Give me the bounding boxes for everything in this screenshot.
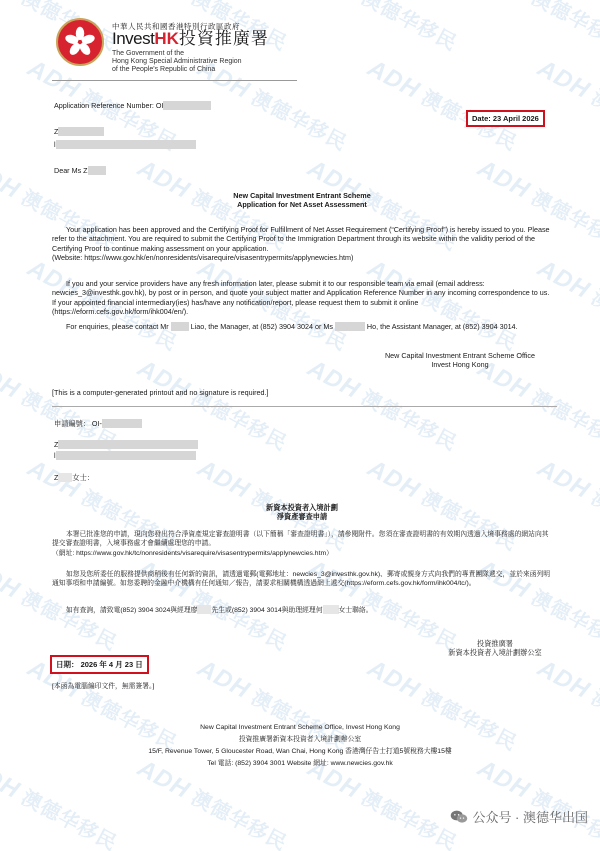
letter-title-english: New Capital Investment Entrant Scheme Ap… (52, 191, 552, 210)
signature-block-chinese: 投資推廣署 新資本投資者入境計劃辦公室 (420, 639, 570, 658)
redacted-block (56, 451, 196, 460)
addressee-address: l (54, 140, 196, 149)
addressee-name-chinese: Z (54, 440, 198, 449)
addressee-name: Z (54, 127, 104, 136)
enquiries-paragraph-chinese: 如有查詢，請致電(852) 3904 3024與經理廖先生或(852) 3904… (52, 605, 552, 615)
redacted-block (335, 322, 365, 331)
disclaimer-english: [This is a computer-generated printout a… (52, 388, 269, 397)
section-divider (52, 406, 557, 407)
signature-block-english: New Capital Investment Entrant Scheme Of… (350, 351, 570, 370)
redacted-block (102, 419, 142, 428)
english-date-highlight: Date: 23 April 2026 (466, 110, 545, 127)
disclaimer-chinese: [本函為電腦編印文件，無需簽署。] (52, 682, 154, 691)
redacted-block (323, 605, 339, 614)
investhk-logo: InvestHK投資推廣署 (112, 30, 269, 48)
redacted-block (88, 166, 106, 175)
wechat-account-label: 公众号 · 澳德华出国 (472, 807, 588, 826)
government-name-english: The Government of the Hong Kong Special … (112, 50, 242, 74)
hk-emblem-icon (56, 18, 104, 66)
salutation-chinese: Z女士： (54, 473, 94, 482)
letter-page: ADH澳德华移民ADH澳德华移民ADH澳德华移民ADH澳德华移民ADH澳德华移民… (0, 0, 600, 851)
wechat-icon (450, 809, 468, 825)
redacted-block (58, 127, 104, 136)
office-footer: New Capital Investment Entrant Scheme Of… (50, 722, 550, 770)
redacted-block (171, 322, 189, 331)
reference-number-chinese: 申請編號： OI- (54, 419, 142, 428)
addressee-address-chinese: l (54, 451, 196, 460)
approval-paragraph-chinese: 本署已批准您的申請，現向您發出符合淨資產規定審查證明書（以下簡稱「審查證明書」）… (52, 530, 552, 558)
redacted-block (197, 605, 211, 614)
enquiries-paragraph: For enquiries, please contact Mr Liao, t… (52, 322, 552, 331)
redacted-block (56, 140, 196, 149)
chinese-date-highlight: 日期： 2026 年 4 月 23 日 (50, 655, 149, 674)
approval-paragraph: Your application has been approved and t… (52, 225, 552, 263)
letter-title-chinese: 新資本投資者入境計劃 淨資產審查申請 (52, 503, 552, 522)
redacted-block (58, 440, 198, 449)
redacted-block (58, 473, 72, 482)
reference-number: Application Reference Number: OI (54, 101, 211, 110)
salutation: Dear Ms Z (54, 166, 106, 175)
fresh-information-paragraph: If you and your service providers have a… (52, 279, 552, 317)
redacted-block (163, 101, 211, 110)
header-divider (52, 80, 297, 81)
wechat-account-badge: 公众号 · 澳德华出国 (450, 807, 588, 826)
fresh-information-paragraph-chinese: 如您及您所委任的服務提供商稍後有任何新的資訊，請透過電郵(電郵地址：newcie… (52, 570, 552, 589)
